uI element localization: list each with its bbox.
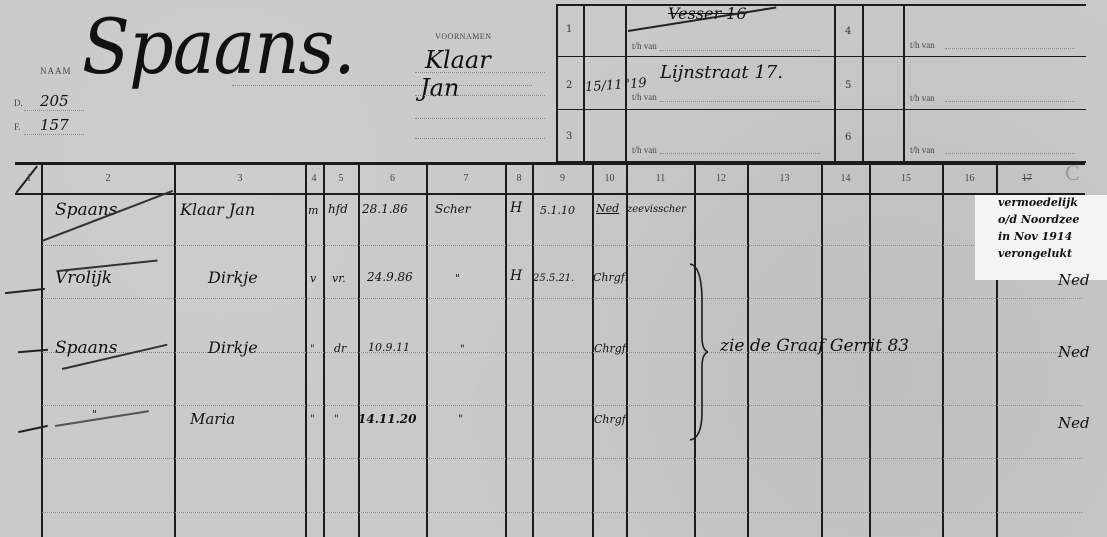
row-mark-line: [5, 288, 45, 294]
cell-birthdate: 10.9.11: [368, 341, 410, 354]
row-guide-line: [42, 352, 1082, 353]
thvan-dotted-line: [945, 48, 1075, 49]
column-number: 1: [18, 173, 40, 184]
address-row-number: 2: [566, 80, 572, 91]
f-label: F.: [14, 122, 21, 132]
column-number: 16: [943, 173, 996, 184]
cell-birthdate: 24.9.86: [367, 270, 413, 284]
column-number: 12: [695, 173, 747, 184]
voornamen-dotted-line-3: [415, 118, 545, 119]
cell-sex: ": [310, 414, 315, 425]
cell-first-names: Klaar Jan: [180, 200, 255, 219]
cell-col10: Chrgf.: [594, 413, 629, 426]
crossref-note: zie de Graaf Gerrit 83: [720, 336, 909, 356]
column-number: 8: [506, 173, 532, 184]
remark-line: in Nov 1914: [998, 230, 1072, 243]
row-guide-line: [42, 298, 1082, 299]
remark-line: verongelukt: [998, 247, 1072, 260]
address-row-number: 1: [566, 24, 572, 35]
thvan-label: t/h van: [910, 93, 935, 103]
f-value: 157: [40, 116, 69, 134]
cell-surname: ": [92, 408, 97, 421]
nationality-mark: Ned: [1058, 271, 1090, 289]
cell-birthdate: 28.1.86: [362, 202, 408, 216]
cell-sex: m: [308, 204, 318, 217]
cell-surname: Vrolijk: [55, 268, 112, 288]
d-label: D.: [14, 98, 23, 108]
row-guide-line: [42, 458, 1082, 459]
row-mark-line: [18, 425, 48, 433]
address-text: Lijnstraat 17.: [660, 62, 783, 83]
cell-date: 5.1.10: [540, 204, 575, 217]
thvan-dotted-line: [945, 101, 1075, 102]
first-name-2: Jan: [420, 74, 459, 102]
cell-first-names: Dirkje: [208, 338, 258, 357]
column-number: 7: [427, 173, 505, 184]
cell-birthplace: ": [460, 344, 465, 355]
cell-sex: ": [310, 344, 315, 355]
brace-bracket: [688, 262, 708, 442]
nationality-mark: Ned: [1058, 414, 1090, 432]
row-guide-line: [42, 405, 1082, 406]
cell-col10: Ned: [596, 202, 619, 215]
column-number: 11: [627, 173, 694, 184]
first-name-1: Klaar: [425, 46, 491, 74]
f-dotted-line: [24, 134, 84, 135]
thvan-label: t/h van: [910, 145, 935, 155]
ditto-line: [55, 410, 149, 426]
cell-occupation: zeevisscher: [627, 204, 686, 215]
surname-heading: Spaans.: [82, 2, 355, 91]
nationality-mark: Ned: [1058, 343, 1090, 361]
cell-date: 25.5.21.: [533, 273, 574, 284]
cell-first-names: Dirkje: [208, 268, 258, 287]
remark-line: vermoedelijk: [998, 196, 1078, 209]
thvan-dotted-line: [660, 50, 820, 51]
cell-surname: Spaans: [55, 200, 117, 220]
cell-religion: H: [510, 200, 522, 216]
column-number: 6: [359, 173, 426, 184]
row-guide-line: [42, 245, 1082, 246]
row-guide-line: [42, 512, 1082, 513]
cell-religion: H: [510, 268, 522, 284]
d-dotted-line: [24, 110, 84, 111]
corner-mark: C: [1065, 160, 1080, 186]
cell-birthplace: Scher: [435, 202, 471, 216]
column-number: 14: [822, 173, 869, 184]
cell-relation: ": [334, 414, 339, 425]
voornamen-dotted-line-1: [415, 72, 545, 73]
cell-birthplace: ": [455, 272, 460, 285]
address-row-number: 4: [845, 26, 851, 37]
column-number: 2: [42, 173, 174, 184]
cell-surname: Spaans: [55, 338, 117, 358]
cell-birthplace: ": [458, 414, 463, 425]
naam-dotted-line: [232, 85, 532, 86]
column-number: 5: [324, 173, 358, 184]
remark-line: o/d Noordzee: [998, 213, 1079, 226]
thvan-label: t/h van: [632, 41, 657, 51]
address-row-number: 3: [566, 131, 572, 142]
column-number: 3: [175, 173, 305, 184]
address-row-number: 5: [845, 80, 851, 91]
voornamen-label: VOORNAMEN: [435, 32, 492, 41]
column-number: 15: [870, 173, 942, 184]
thvan-dotted-line: [660, 101, 820, 102]
cell-birthdate: 14.11.20: [358, 412, 416, 426]
column-number: 9: [533, 173, 592, 184]
address-row-number: 6: [845, 132, 851, 143]
cell-col10: Chrgf.: [594, 342, 629, 355]
thvan-label: t/h van: [632, 92, 657, 102]
column-number: 17: [997, 173, 1057, 184]
naam-label: NAAM: [40, 66, 72, 76]
cell-relation: hfd: [328, 202, 348, 216]
column-number: 13: [748, 173, 821, 184]
thvan-dotted-line: [945, 153, 1075, 154]
cell-first-names: Maria: [190, 410, 235, 428]
thvan-label: t/h van: [632, 145, 657, 155]
voornamen-dotted-line-2: [415, 95, 545, 96]
thvan-label: t/h van: [910, 40, 935, 50]
cell-relation: dr: [334, 342, 346, 355]
d-value: 205: [40, 92, 69, 110]
cell-relation: vr.: [332, 272, 346, 285]
column-number: 4: [305, 173, 323, 184]
cell-col10: Chrgf.: [593, 271, 628, 284]
thvan-dotted-line: [660, 153, 820, 154]
voornamen-dotted-line-4: [415, 138, 545, 139]
cell-sex: v: [310, 272, 316, 285]
column-number: 10: [593, 173, 626, 184]
